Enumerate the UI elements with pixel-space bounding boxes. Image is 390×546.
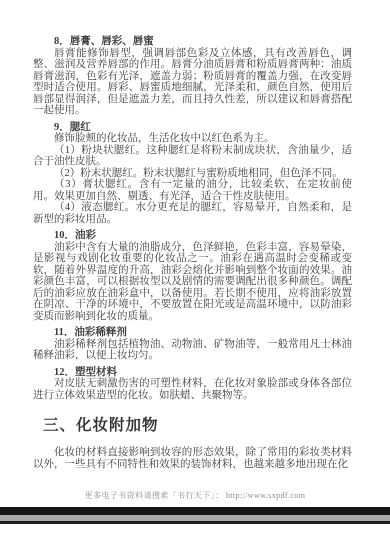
scanned-book-page: 8．唇膏、唇彩、唇蜜 唇膏能修饰唇型，强调唇部色彩及立体感，具有改善唇色，调整、…	[0, 0, 390, 546]
section-heading-8: 8．唇膏、唇彩、唇蜜	[33, 36, 352, 48]
page-bottom-divider-bar	[0, 507, 390, 515]
paragraph: 化妆的材料直接影响到妆容的形态效果，除了常用的彩妆类材料以外，一些具有不同特性和…	[33, 447, 352, 470]
chapter-heading: 三、化妆附加物	[33, 417, 352, 434]
next-page-top-edge-line	[0, 521, 390, 524]
section-heading-12: 12．塑型材料	[33, 367, 352, 379]
paragraph: 唇膏能修饰唇型，强调唇部色彩及立体感，具有改善唇色，调整、滋润及营养唇部的作用。…	[33, 48, 352, 117]
list-item-3: （3）膏状腮红。含有一定量的油分，比较柔软，在定妆前使用。效果更加自然、剔透、有…	[33, 179, 352, 202]
page-text-block: 8．唇膏、唇彩、唇蜜 唇膏能修饰唇型，强调唇部色彩及立体感，具有改善唇色，调整、…	[33, 36, 352, 470]
section-heading-10: 10．油彩	[33, 230, 352, 242]
list-item-4: （4）液态腮红。水分更充足的腮红，容易晕开，自然柔和，是新型的彩妆用品。	[33, 202, 352, 225]
list-item-1: （1）粉块状腮红。这种腮红是将粉末制成块状，含油量少，适合于油性皮肤。	[33, 145, 352, 168]
footer-watermark-text: 更多电子书资料请搜索「书行天下」： http://www.sxpdf.com	[0, 491, 390, 501]
paragraph: 修饰脸颊的化妆品，生活化妆中以红色系为主。	[33, 133, 352, 145]
paragraph: 油彩稀释剂包括植物油、动物油、矿物油等，一般常用凡士林油稀释油彩，以便上妆均匀。	[33, 339, 352, 362]
paragraph: 油彩中含有大量的油脂成分，色泽鲜艳，色彩丰富，容易晕染，是影视与戏剧化妆重要的化…	[33, 242, 352, 323]
list-item-2: （2）粉末状腮红。粉末状腮红与蜜粉质地相同，但色泽不同。	[33, 168, 352, 180]
section-heading-9: 9．腮红	[33, 122, 352, 134]
paragraph: 对皮肤无刺激伤害的可塑性材料，在化妆对象脸部或身体各部位进行立体效果造型的化妆。…	[33, 378, 352, 401]
section-heading-11: 11．油彩稀释剂	[33, 327, 352, 339]
